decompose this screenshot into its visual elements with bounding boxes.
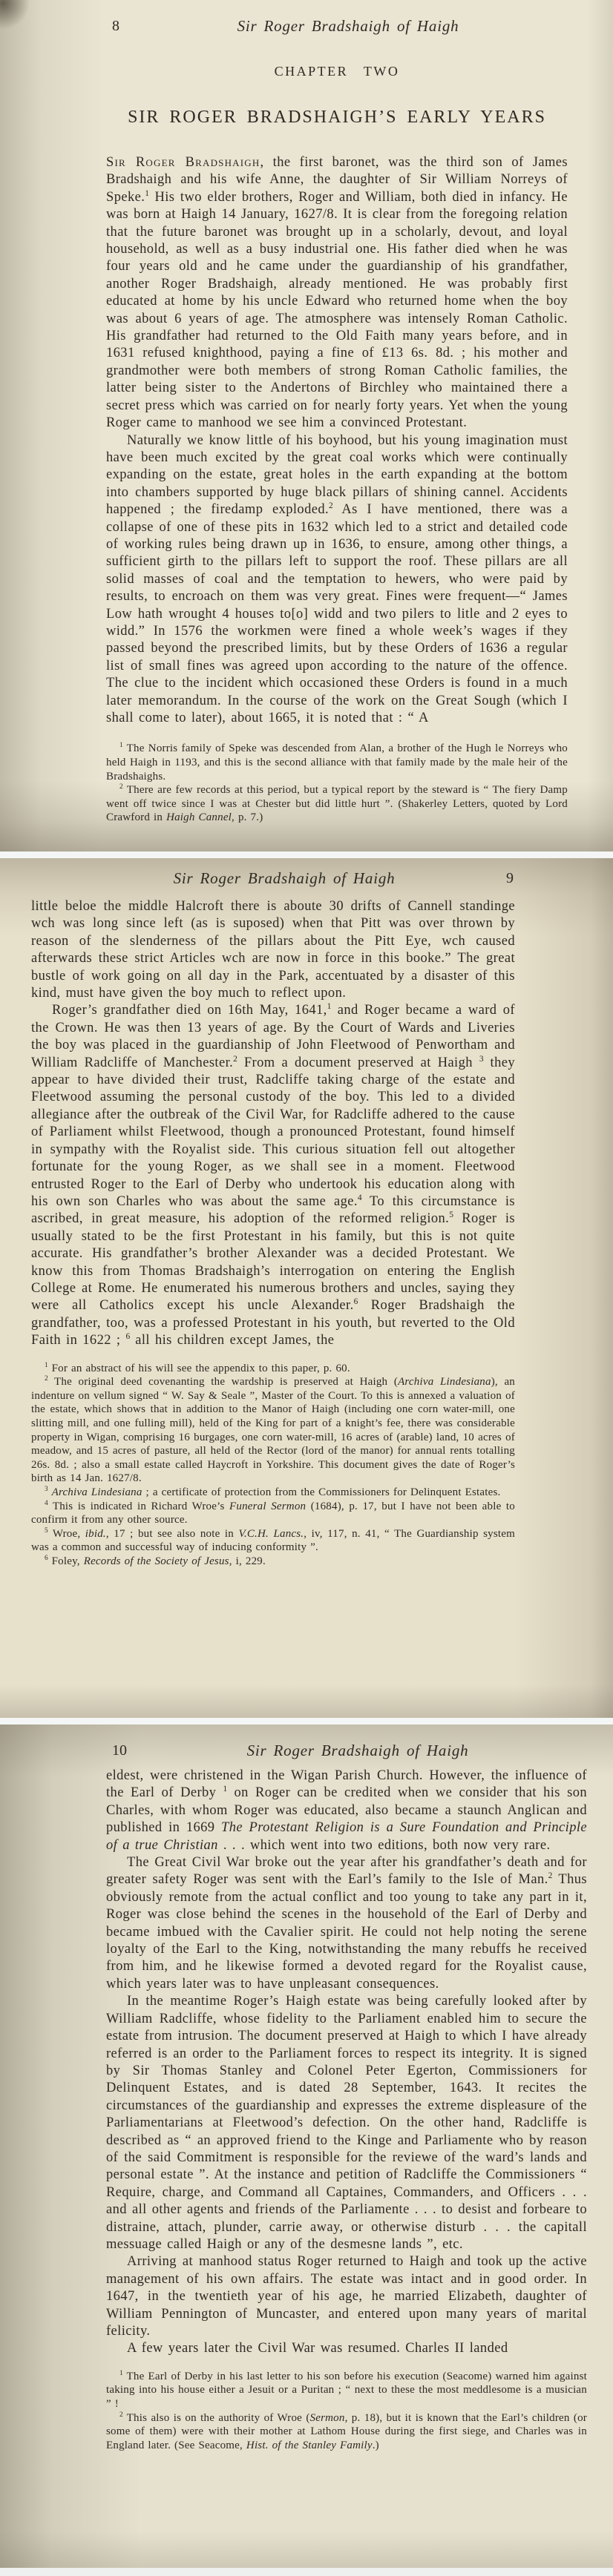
text-segment: ), an indenture on vellum signed “ W. Sa… xyxy=(31,1376,515,1484)
text-segment: For an abstract of his will see the appe… xyxy=(48,1363,350,1374)
text-segment: , 17 ; but see also note in xyxy=(106,1528,239,1540)
body-text: eldest, were christened in the Wigan Par… xyxy=(106,1768,587,2358)
footnotes: 1 The Earl of Derby in his last letter t… xyxy=(106,2370,587,2453)
text-segment: Foley, xyxy=(48,1555,84,1567)
text-segment: Sir Roger Bradshaigh xyxy=(106,155,260,170)
text-segment: In the meantime Roger’s Haigh estate was… xyxy=(106,1994,587,2252)
text-segment: Roger’s grandfather died on 16th May, 16… xyxy=(52,1003,327,1018)
book-scan: 8 Sir Roger Bradshaigh of Haigh CHAPTER … xyxy=(0,0,613,2576)
text-segment: , i, 229. xyxy=(229,1555,266,1567)
text-segment: A few years later the Civil War was resu… xyxy=(127,2341,508,2356)
text-segment: This is indicated in Richard Wroe’s xyxy=(48,1501,229,1512)
text-segment: Funeral Sermon xyxy=(229,1501,306,1512)
page-9: Sir Roger Bradshaigh of Haigh 9 little b… xyxy=(0,858,613,1718)
page-9-header: Sir Roger Bradshaigh of Haigh 9 xyxy=(31,869,515,888)
text-segment: His two elder brothers, Roger and Willia… xyxy=(106,190,568,430)
paragraph: In the meantime Roger’s Haigh estate was… xyxy=(106,1993,587,2253)
text-segment: Archiva Lindesiana xyxy=(398,1376,491,1388)
text-segment: Sermon xyxy=(310,2412,345,2424)
page-10-text-block: 10 Sir Roger Bradshaigh of Haigh eldest,… xyxy=(106,1725,587,2452)
text-segment: The original deed covenanting the wardsh… xyxy=(48,1376,398,1388)
chapter-heading: CHAPTER TWO xyxy=(106,64,568,79)
section-heading: SIR ROGER BRADSHAIGH’S EARLY YEARS xyxy=(106,108,568,128)
running-title: Sir Roger Bradshaigh of Haigh xyxy=(106,16,568,36)
footnote: 4 This is indicated in Richard Wroe’s Fu… xyxy=(31,1500,515,1527)
footnote: 2 There are few records at this period, … xyxy=(106,783,568,825)
page-number: 9 xyxy=(506,869,514,888)
text-segment: V.C.H. Lancs. xyxy=(238,1528,304,1540)
text-segment: Records of the Society of Jesus xyxy=(84,1555,229,1567)
footnote-marker: 3 xyxy=(45,1486,48,1493)
text-segment: Haigh Cannel xyxy=(166,811,232,823)
running-title: Sir Roger Bradshaigh of Haigh xyxy=(31,869,515,888)
text-segment: As I have mentioned, there was a collaps… xyxy=(106,502,568,725)
footnote: 5 Wroe, ibid., 17 ; but see also note in… xyxy=(31,1527,515,1555)
text-segment: Arriving at manhood status Roger returne… xyxy=(106,2254,587,2339)
footnote: 2 The original deed covenanting the ward… xyxy=(31,1375,515,1486)
footnote: 3 Archiva Lindesiana ; a certificate of … xyxy=(31,1486,515,1500)
paragraph: Naturally we know little of his boyhood,… xyxy=(106,432,568,728)
paragraph: Arriving at manhood status Roger returne… xyxy=(106,2253,587,2340)
footnote: 1 The Norris family of Speke was descend… xyxy=(106,742,568,783)
text-segment: The Earl of Derby in his last letter to … xyxy=(106,2371,587,2410)
text-segment: The Great Civil War broke out the year a… xyxy=(106,1855,587,1887)
text-segment: ibid. xyxy=(85,1528,106,1540)
running-title: Sir Roger Bradshaigh of Haigh xyxy=(106,1741,587,1760)
page-8-text-block: 8 Sir Roger Bradshaigh of Haigh CHAPTER … xyxy=(106,0,568,825)
text-segment: Archiva Lindesiana xyxy=(52,1486,142,1498)
paragraph: The Great Civil War broke out the year a… xyxy=(106,1854,587,1993)
text-segment: .) xyxy=(373,2440,379,2451)
text-segment: ; a certificate of protection from the C… xyxy=(142,1486,501,1498)
footnotes: 1 The Norris family of Speke was descend… xyxy=(106,742,568,825)
page-10-header: 10 Sir Roger Bradshaigh of Haigh xyxy=(106,1741,587,1760)
text-segment: This also is on the authority of Wroe ( xyxy=(123,2412,310,2424)
text-segment: From a document preserved at Haigh xyxy=(237,1055,479,1070)
footnote: 1 For an abstract of his will see the ap… xyxy=(31,1362,515,1376)
text-segment: all his children except James, the xyxy=(130,1333,334,1348)
text-segment: The Norris family of Speke was descended… xyxy=(106,742,568,782)
paragraph: little beloe the middle Halcroft there i… xyxy=(31,898,515,1002)
page-8: 8 Sir Roger Bradshaigh of Haigh CHAPTER … xyxy=(0,0,613,851)
page-number: 10 xyxy=(112,1741,127,1760)
page-10: 10 Sir Roger Bradshaigh of Haigh eldest,… xyxy=(0,1725,613,2576)
text-segment: little beloe the middle Halcroft there i… xyxy=(31,899,515,1001)
text-segment: , p. 7.) xyxy=(232,811,263,823)
paragraph: A few years later the Civil War was resu… xyxy=(106,2340,587,2357)
footnote: 1 The Earl of Derby in his last letter t… xyxy=(106,2370,587,2411)
page-9-text-block: Sir Roger Bradshaigh of Haigh 9 little b… xyxy=(31,858,515,1568)
text-segment: Thus obviously remote from the actual co… xyxy=(106,1872,587,1991)
footnote: 2 This also is on the authority of Wroe … xyxy=(106,2411,587,2453)
text-segment: . . . which went into two editions, both… xyxy=(218,1838,551,1853)
body-text: little beloe the middle Halcroft there i… xyxy=(31,898,515,1350)
footnotes: 1 For an abstract of his will see the ap… xyxy=(31,1362,515,1569)
paragraph: Roger’s grandfather died on 16th May, 16… xyxy=(31,1002,515,1349)
page-gap xyxy=(0,1718,613,1725)
paragraph: eldest, were christened in the Wigan Par… xyxy=(106,1768,587,1854)
body-text: Sir Roger Bradshaigh, the first baronet,… xyxy=(106,154,568,727)
footnote: 6 Foley, Records of the Society of Jesus… xyxy=(31,1555,515,1569)
page-8-header: 8 Sir Roger Bradshaigh of Haigh xyxy=(106,16,568,36)
text-segment: they appear to have divided their trust,… xyxy=(31,1055,515,1209)
paragraph: Sir Roger Bradshaigh, the first baronet,… xyxy=(106,154,568,432)
page-number: 8 xyxy=(112,16,119,36)
page-gap xyxy=(0,851,613,858)
text-segment: Hist. of the Stanley Family xyxy=(246,2440,373,2451)
text-segment: Wroe, xyxy=(48,1528,85,1540)
